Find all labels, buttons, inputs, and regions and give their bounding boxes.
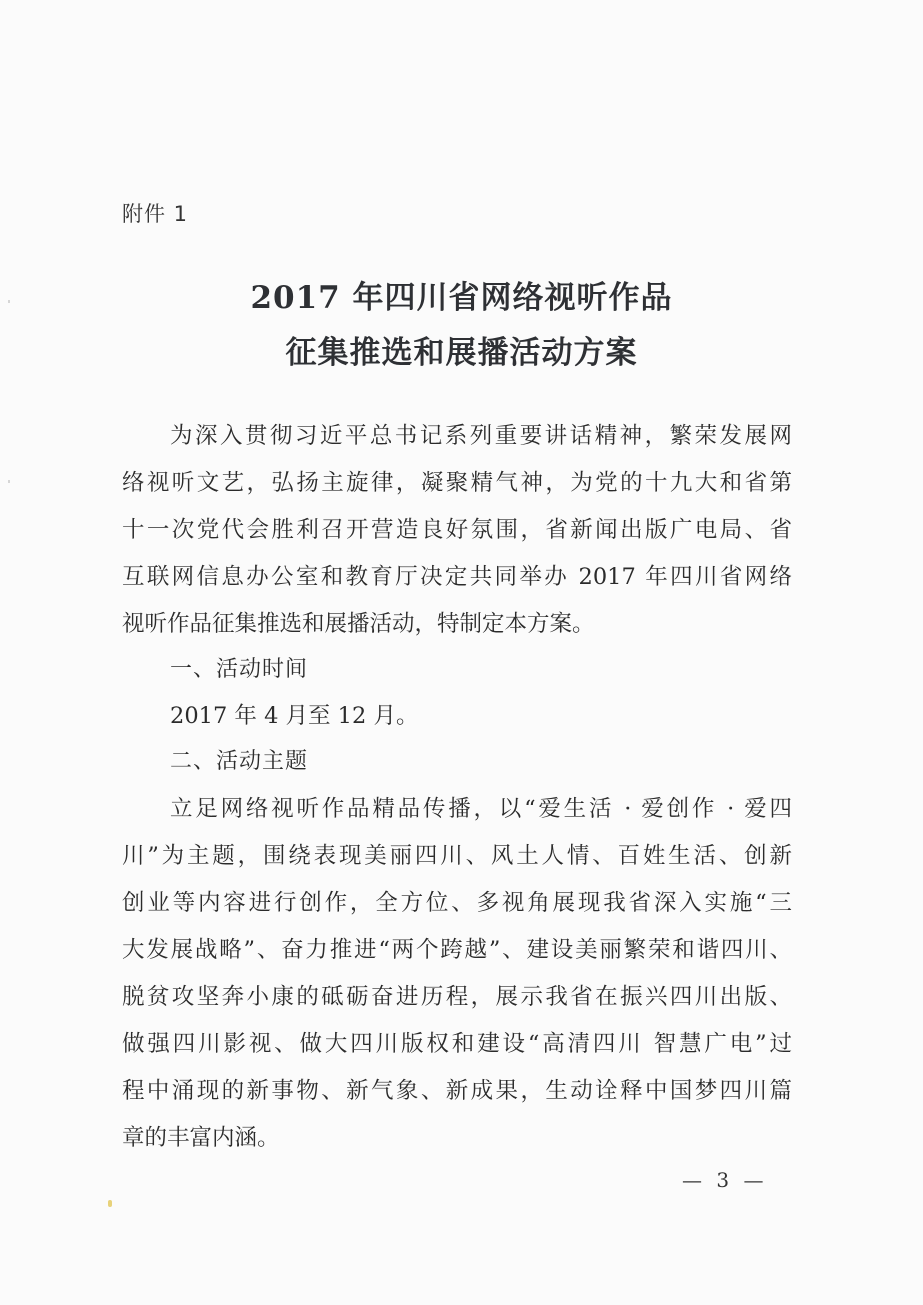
scan-mark bbox=[8, 480, 10, 483]
document-page: 附件 1 2017 年四川省网络视听作品 征集推选和展播活动方案 为深入贯彻习近… bbox=[0, 0, 923, 1305]
intro-paragraph-line: 十一次党代会胜利召开营造良好氛围，省新闻出版广电局、省 bbox=[122, 512, 792, 544]
theme-paragraph-line: 创业等内容进行创作，全方位、多视角展现我省深入实施“三 bbox=[122, 885, 792, 917]
theme-paragraph-line: 脱贫攻坚奔小康的砥砺奋进历程，展示我省在振兴四川出版、 bbox=[122, 979, 792, 1011]
scan-speck bbox=[108, 1200, 112, 1207]
attachment-label: 附件 1 bbox=[122, 198, 188, 228]
document-title-line-1: 2017 年四川省网络视听作品 bbox=[0, 272, 923, 317]
page-number: — 3 — bbox=[682, 1168, 767, 1192]
section-heading-activity-theme: 二、活动主题 bbox=[170, 744, 308, 775]
theme-paragraph-line: 立足网络视听作品精品传播，以“爱生活 · 爱创作 · 爱四 bbox=[170, 791, 792, 823]
theme-paragraph-line: 程中涌现的新事物、新气象、新成果，生动诠释中国梦四川篇 bbox=[122, 1073, 792, 1105]
theme-paragraph-line: 做强四川影视、做大四川版权和建设“高清四川 智慧广电”过 bbox=[122, 1026, 792, 1058]
theme-paragraph-line: 章的丰富内涵。 bbox=[122, 1120, 792, 1152]
intro-paragraph-line: 络视听文艺，弘扬主旋律，凝聚精气神，为党的十九大和省第 bbox=[122, 465, 792, 497]
theme-paragraph-line: 大发展战略”、奋力推进“两个跨越”、建设美丽繁荣和谐四川、 bbox=[122, 932, 792, 964]
document-title-line-2: 征集推选和展播活动方案 bbox=[0, 327, 923, 372]
intro-paragraph-line: 互联网信息办公室和教育厅决定共同举办 2017 年四川省网络 bbox=[122, 559, 792, 591]
intro-paragraph-line: 视听作品征集推选和展播活动，特制定本方案。 bbox=[122, 606, 792, 638]
section-heading-activity-time: 一、活动时间 bbox=[170, 652, 308, 683]
theme-paragraph-line: 川”为主题，围绕表现美丽四川、风土人情、百姓生活、创新 bbox=[122, 838, 792, 870]
intro-paragraph-line: 为深入贯彻习近平总书记系列重要讲话精神，繁荣发展网 bbox=[170, 418, 792, 450]
activity-time-text: 2017 年 4 月至 12 月。 bbox=[170, 698, 792, 730]
